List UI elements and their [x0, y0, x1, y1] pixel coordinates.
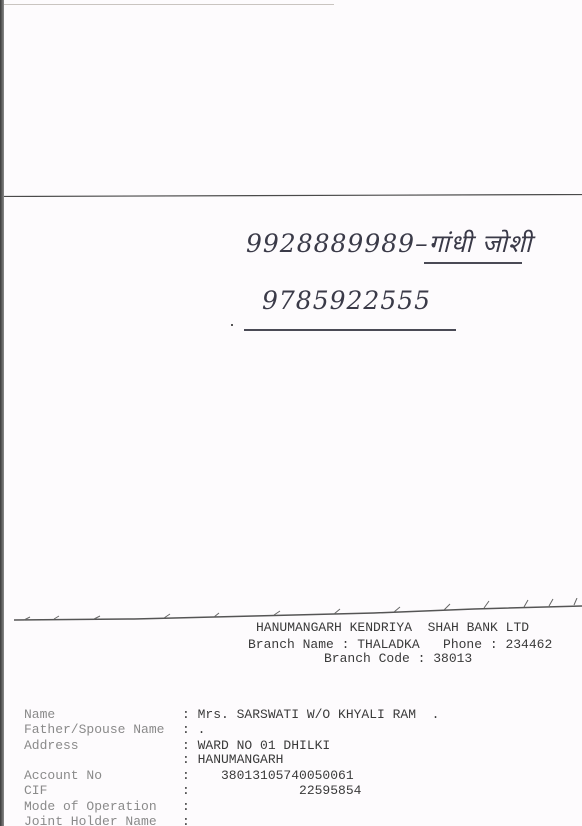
field-name: Name: Mrs. SARSWATI W/O KHYALI RAM . — [24, 707, 439, 722]
scan-left-edge — [0, 0, 4, 826]
field-address-2: : HANUMANGARH — [24, 752, 283, 767]
branch-code: Branch Code : 38013 — [324, 651, 472, 666]
field-father-spouse: Father/Spouse Name: . — [24, 722, 205, 737]
handwritten-name: गांधी जोशी — [429, 229, 533, 258]
handwritten-phone-2: 9785922555 — [262, 286, 431, 315]
bank-name: HANUMANGARH KENDRIYA SHAH BANK LTD — [256, 620, 529, 635]
field-cif: CIF: 22595854 — [24, 783, 361, 798]
underline-phone-2 — [244, 329, 456, 331]
fold-line — [4, 194, 582, 197]
field-address: Address: WARD NO 01 DHILKI — [24, 738, 330, 753]
ink-dot — [231, 324, 233, 326]
handwritten-phone-1: 9928889989 — [246, 229, 415, 258]
top-edge-line — [4, 4, 334, 5]
underline-name — [424, 262, 522, 264]
field-account-no: Account No: 38013105740050061 — [24, 768, 354, 783]
handwritten-line-1: 9928889989–गांधी जोशी — [246, 226, 532, 260]
field-mode-of-operation: Mode of Operation: — [24, 799, 190, 814]
branch-name-phone: Branch Name : THALADKA Phone : 234462 — [248, 637, 552, 652]
field-joint-holder: Joint Holder Name: — [24, 814, 190, 826]
handwritten-dash: – — [415, 229, 429, 258]
